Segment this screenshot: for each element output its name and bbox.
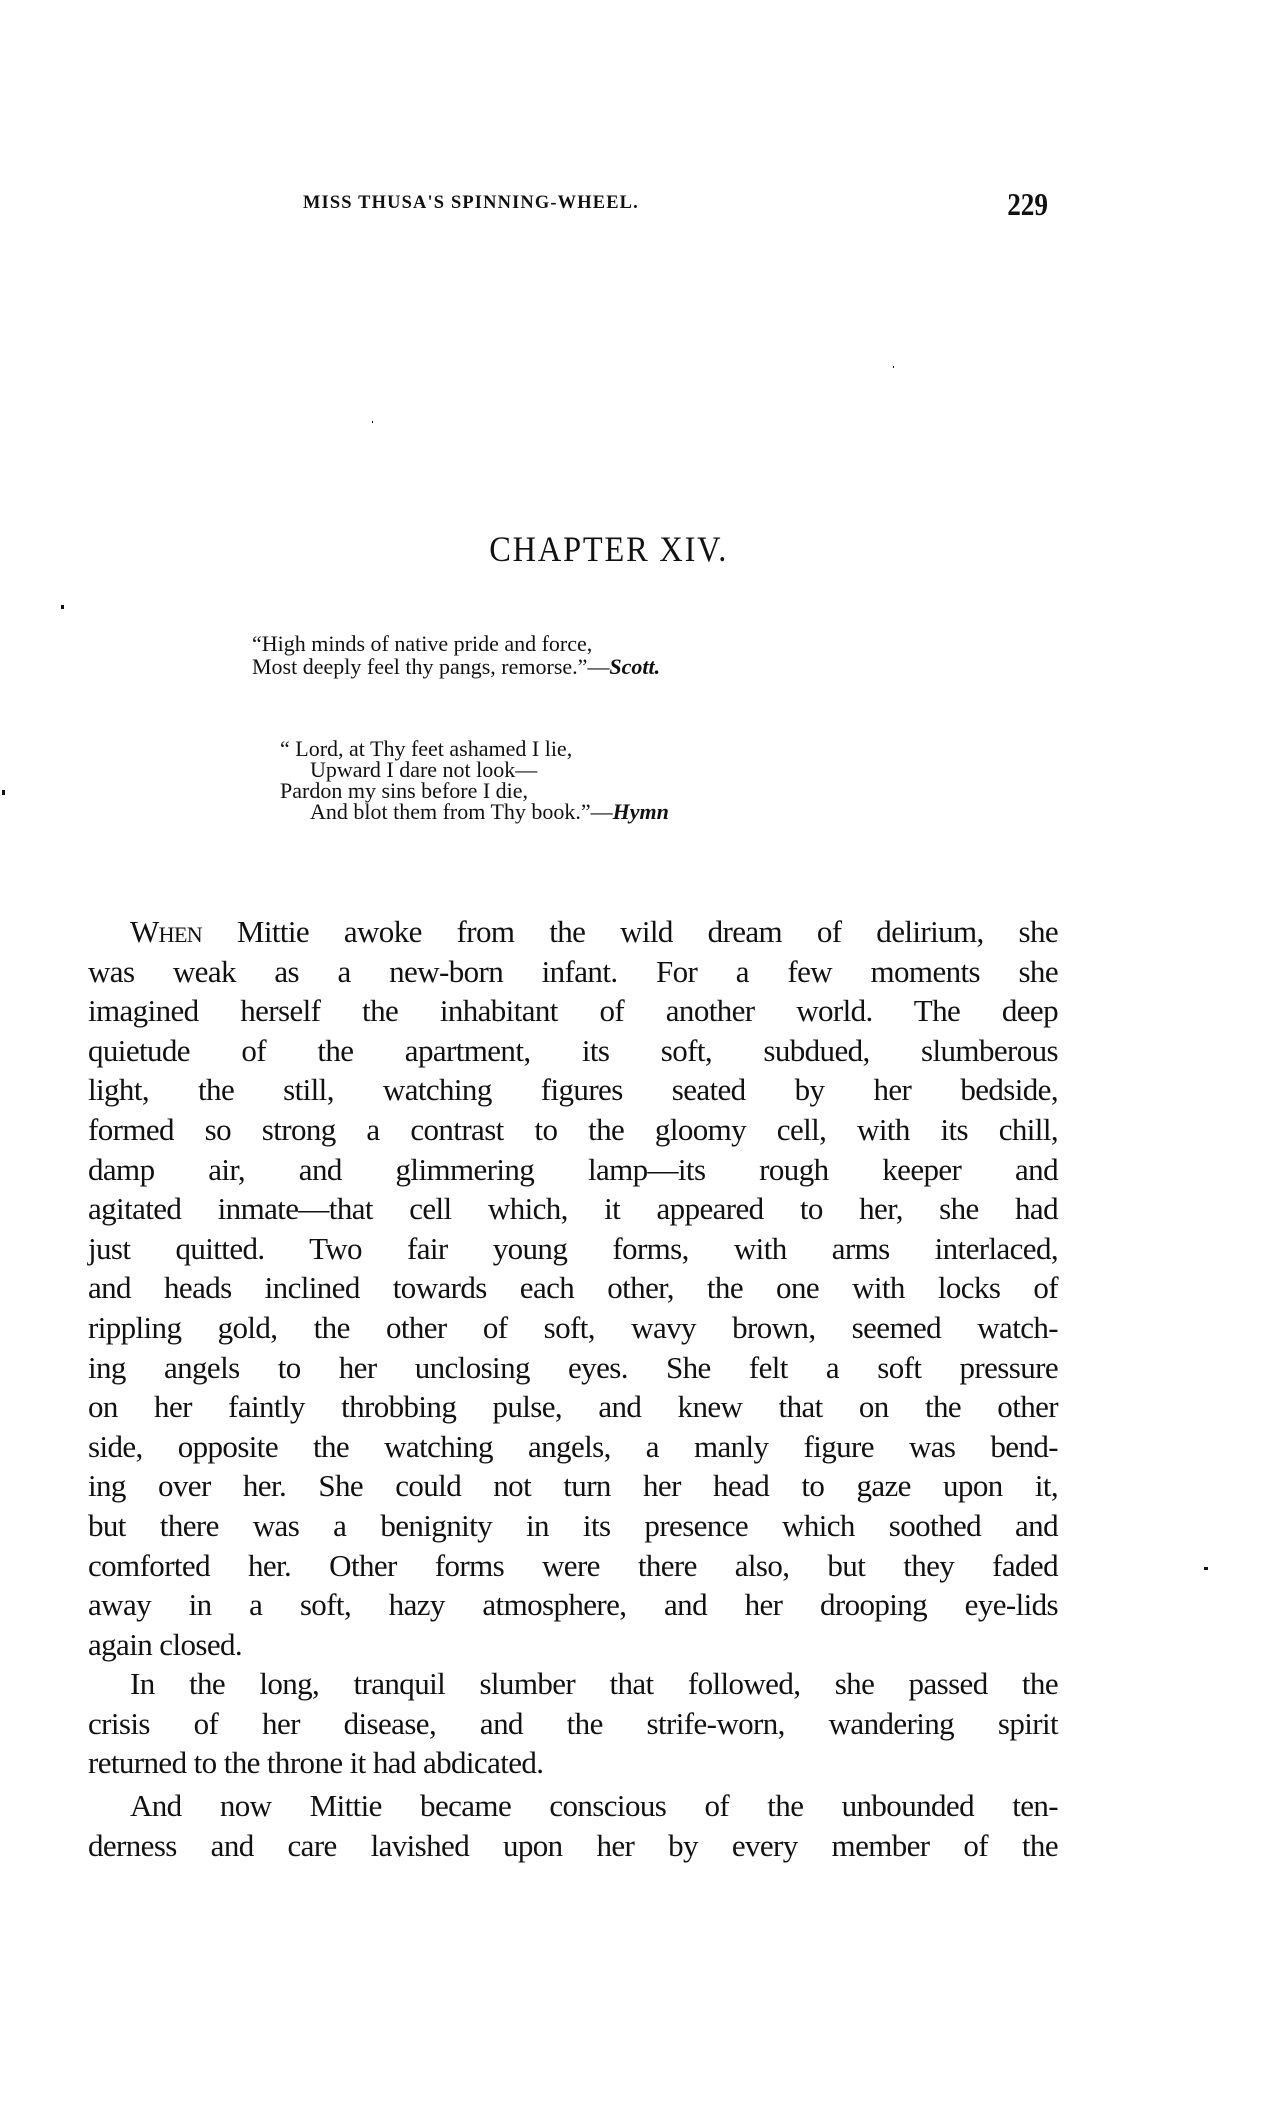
text-line: And now Mittie became conscious of the u… (88, 1786, 1058, 1826)
text-line: quietude of the apartment, its soft, sub… (88, 1031, 1058, 1071)
paragraph-3: And now Mittie became conscious of the u… (88, 1786, 1058, 1865)
epigraph-attribution: Hymn (613, 799, 669, 824)
scan-speck (2, 790, 5, 795)
epigraph-line: Most deeply feel thy pangs, remorse.”—Sc… (252, 655, 660, 678)
text-line: on her faintly throbbing pulse, and knew… (88, 1387, 1058, 1427)
chapter-title: CHAPTER XIV. (490, 528, 729, 570)
text-line: derness and care lavished upon her by ev… (88, 1826, 1058, 1866)
text-line: crisis of her disease, and the strife-wo… (88, 1704, 1058, 1744)
epigraph-line-text: Most deeply feel thy pangs, remorse.”— (252, 654, 609, 679)
text-line: returned to the throne it had abdicated. (88, 1743, 1058, 1783)
text-line: damp air, and glimmering lamp—its rough … (88, 1150, 1058, 1190)
epigraph-line: Pardon my sins before I die, (280, 780, 669, 801)
scan-speck (1204, 1567, 1208, 1570)
running-title: MISS THUSA'S SPINNING-WHEEL. (303, 192, 639, 214)
chapter-heading: CHAPTER XIV. (0, 528, 1268, 570)
epigraph-hymn: “ Lord, at Thy feet ashamed I lie, Upwar… (280, 738, 669, 822)
text-line: When Mittie awoke from the wild dream of… (88, 912, 1058, 952)
text-line: imagined herself the inhabitant of anoth… (88, 991, 1058, 1031)
scan-speck (893, 366, 894, 368)
paragraph-1: When Mittie awoke from the wild dream of… (88, 912, 1058, 1664)
text-line-content: Mittie awoke from the wild dream of deli… (202, 914, 1058, 949)
epigraph-line: “High minds of native pride and force, (252, 632, 660, 655)
text-line: side, opposite the watching angels, a ma… (88, 1427, 1058, 1467)
scan-speck (61, 605, 64, 609)
epigraph-line-text: And blot them from Thy book.”— (310, 799, 613, 824)
text-line: just quitted. Two fair young forms, with… (88, 1229, 1058, 1269)
text-line: was weak as a new-born infant. For a few… (88, 952, 1058, 992)
text-line: rippling gold, the other of soft, wavy b… (88, 1308, 1058, 1348)
epigraph-scott: “High minds of native pride and force, M… (252, 632, 660, 678)
text-line: In the long, tranquil slumber that follo… (88, 1664, 1058, 1704)
page-number: 229 (1007, 186, 1048, 223)
epigraph-attribution: Scott. (609, 654, 660, 679)
text-line: again closed. (88, 1625, 1058, 1665)
text-line: but there was a benignity in its presenc… (88, 1506, 1058, 1546)
drop-word: When (130, 914, 202, 949)
body-text: When Mittie awoke from the wild dream of… (88, 912, 1058, 1865)
text-line: ing over her. She could not turn her hea… (88, 1466, 1058, 1506)
paragraph-2: In the long, tranquil slumber that follo… (88, 1664, 1058, 1783)
epigraph-line: And blot them from Thy book.”—Hymn (280, 801, 669, 822)
epigraph-line: Upward I dare not look— (280, 759, 669, 780)
text-line: formed so strong a contrast to the gloom… (88, 1110, 1058, 1150)
text-line: ing angels to her unclosing eyes. She fe… (88, 1348, 1058, 1388)
epigraph-line: “ Lord, at Thy feet ashamed I lie, (280, 738, 669, 759)
book-page: MISS THUSA'S SPINNING-WHEEL. 229 CHAPTER… (0, 0, 1268, 2113)
text-line: comforted her. Other forms were there al… (88, 1546, 1058, 1586)
text-line: away in a soft, hazy atmosphere, and her… (88, 1585, 1058, 1625)
running-head: MISS THUSA'S SPINNING-WHEEL. 229 (303, 186, 1048, 218)
scan-speck (372, 421, 373, 423)
text-line: and heads inclined towards each other, t… (88, 1268, 1058, 1308)
text-line: light, the still, watching figures seate… (88, 1070, 1058, 1110)
text-line: agitated inmate—that cell which, it appe… (88, 1189, 1058, 1229)
